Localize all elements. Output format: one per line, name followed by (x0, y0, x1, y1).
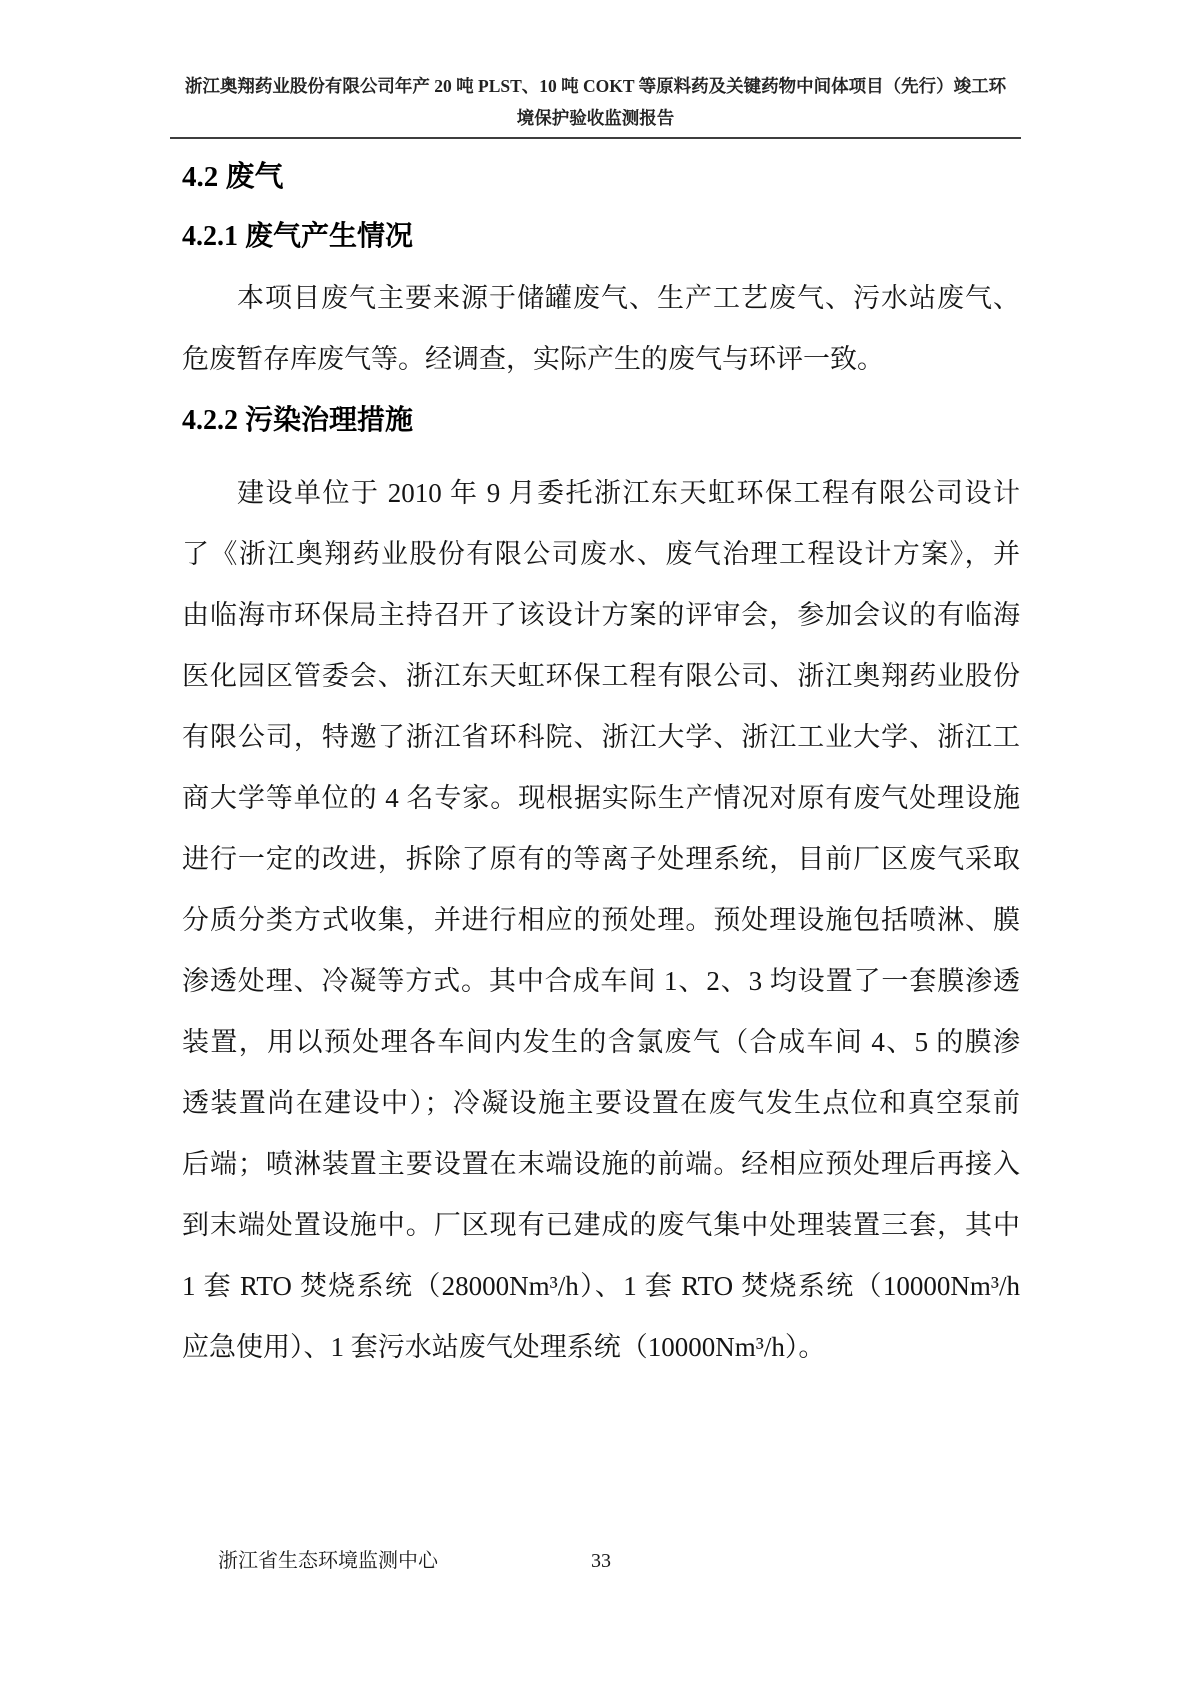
section-heading-4-2: 4.2 废气 (182, 160, 284, 194)
paragraph-line: 到末端处置设施中。厂区现有已建成的废气集中处理装置三套，其中 (182, 1195, 1020, 1256)
paragraph-line: 危废暂存库废气等。经调查，实际产生的废气与环评一致。 (182, 329, 1020, 390)
paragraph-line: 应急使用）、1 套污水站废气处理系统（10000Nm³/h）。 (182, 1317, 1020, 1378)
paragraph-line: 了《浙江奥翔药业股份有限公司废水、废气治理工程设计方案》，并 (182, 524, 1020, 585)
paragraph-line: 后端；喷淋装置主要设置在末端设施的前端。经相应预处理后再接入 (182, 1134, 1020, 1195)
section-heading-4-2-2: 4.2.2 污染治理措施 (182, 405, 413, 437)
page-header: 浙江奥翔药业股份有限公司年产 20 吨 PLST、10 吨 COKT 等原料药及… (170, 70, 1021, 134)
paragraph-pollution-control: 建设单位于 2010 年 9 月委托浙江东天虹环保工程有限公司设计 了《浙江奥翔… (182, 463, 1020, 1378)
paragraph-line: 本项目废气主要来源于储罐废气、生产工艺废气、污水站废气、 (182, 268, 1020, 329)
paragraph-line: 医化园区管委会、浙江东天虹环保工程有限公司、浙江奥翔药业股份 (182, 646, 1020, 707)
paragraph-line: 渗透处理、冷凝等方式。其中合成车间 1、2、3 均设置了一套膜渗透 (182, 951, 1020, 1012)
paragraph-line: 建设单位于 2010 年 9 月委托浙江东天虹环保工程有限公司设计 (182, 463, 1020, 524)
paragraph-waste-gas-sources: 本项目废气主要来源于储罐废气、生产工艺废气、污水站废气、 危废暂存库废气等。经调… (182, 268, 1020, 390)
section-heading-4-2-1: 4.2.1 废气产生情况 (182, 221, 413, 253)
paragraph-line: 透装置尚在建设中）；冷凝设施主要设置在废气发生点位和真空泵前 (182, 1073, 1020, 1134)
paragraph-line: 有限公司，特邀了浙江省环科院、浙江大学、浙江工业大学、浙江工 (182, 707, 1020, 768)
header-divider (170, 137, 1021, 139)
footer-organization: 浙江省生态环境监测中心 (218, 1550, 438, 1572)
paragraph-line: 装置，用以预处理各车间内发生的含氯废气（合成车间 4、5 的膜渗 (182, 1012, 1020, 1073)
paragraph-line: 分质分类方式收集，并进行相应的预处理。预处理设施包括喷淋、膜 (182, 890, 1020, 951)
paragraph-line: 商大学等单位的 4 名专家。现根据实际生产情况对原有废气处理设施 (182, 768, 1020, 829)
paragraph-line: 由临海市环保局主持召开了该设计方案的评审会，参加会议的有临海 (182, 585, 1020, 646)
paragraph-line: 1 套 RTO 焚烧系统（28000Nm³/h）、1 套 RTO 焚烧系统（10… (182, 1256, 1020, 1317)
paragraph-line: 进行一定的改进，拆除了原有的等离子处理系统，目前厂区废气采取 (182, 829, 1020, 890)
header-line-2: 境保护验收监测报告 (170, 102, 1021, 134)
header-line-1: 浙江奥翔药业股份有限公司年产 20 吨 PLST、10 吨 COKT 等原料药及… (170, 70, 1021, 102)
